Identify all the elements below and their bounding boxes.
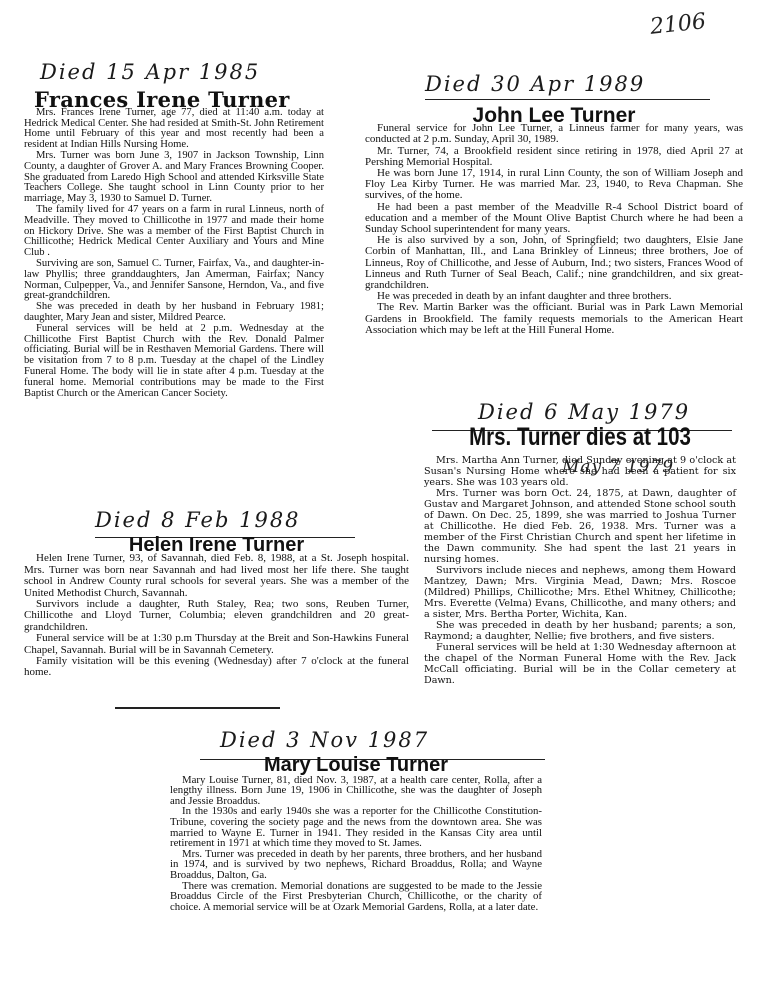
- paragraph: Funeral services will be held at 2 p.m. …: [24, 324, 324, 400]
- paragraph: The Rev. Martin Barker was the officiant…: [365, 302, 743, 336]
- divider-rule: [115, 707, 280, 709]
- headline: Mary Louise Turner: [170, 760, 542, 771]
- obituary-frances-irene-turner: Frances Irene Turner Mrs. Frances Irene …: [24, 95, 324, 399]
- paragraph: Mrs. Turner was born June 3, 1907 in Jac…: [24, 151, 324, 205]
- paragraph: Survivors include nieces and nephews, am…: [424, 565, 736, 620]
- paragraph: Surviving are son, Samuel C. Turner, Fai…: [24, 259, 324, 302]
- paragraph: He had been a past member of the Meadvil…: [365, 202, 743, 236]
- paragraph: She was preceded in death by her husband…: [24, 302, 324, 324]
- paragraph: Mrs. Turner was preceded in death by her…: [170, 849, 542, 881]
- divider-rule: [425, 99, 710, 100]
- obituary-john-lee-turner: John Lee Turner Funeral service for John…: [365, 110, 743, 336]
- paragraph: He is also survived by a son, John, of S…: [365, 235, 743, 291]
- paragraph: Funeral service for John Lee Turner, a L…: [365, 123, 743, 145]
- paragraph: Survivors include a daughter, Ruth Stale…: [24, 599, 409, 633]
- headline: John Lee Turner: [365, 110, 743, 121]
- headline: Frances Irene Turner: [24, 95, 324, 106]
- paragraph: Funeral service will be at 1:30 p.m Thur…: [24, 633, 409, 656]
- handwritten-note: May 7 1979: [562, 462, 674, 473]
- handwritten-death-date: Died 8 Feb 1988: [95, 508, 301, 532]
- obituary-mary-louise-turner: Mary Louise Turner Mary Louise Turner, 8…: [170, 760, 542, 912]
- paragraph: Mary Louise Turner, 81, died Nov. 3, 198…: [170, 775, 542, 807]
- paragraph: Mr. Turner, 74, a Brookfield resident si…: [365, 146, 743, 168]
- handwritten-death-date: Died 30 Apr 1989: [425, 72, 645, 96]
- paragraph: In the 1930s and early 1940s she was a r…: [170, 806, 542, 848]
- paragraph: The family lived for 47 years on a farm …: [24, 205, 324, 259]
- headline: Helen Irene Turner: [24, 540, 409, 551]
- paragraph: He was born June 17, 1914, in rural Linn…: [365, 168, 743, 202]
- headline: Mrs. Turner dies at 103: [452, 432, 708, 443]
- paragraph: Mrs. Turner was born Oct. 24, 1875, at D…: [424, 488, 736, 565]
- paragraph: There was cremation. Memorial donations …: [170, 881, 542, 913]
- page-number: 2106: [649, 9, 707, 40]
- paragraph: Helen Irene Turner, 93, of Savannah, die…: [24, 553, 409, 599]
- handwritten-death-date: Died 15 Apr 1985: [40, 60, 260, 84]
- obituary-martha-ann-turner: Mrs. Turner dies at 103 May 7 1979 Mrs. …: [424, 432, 736, 686]
- obituary-helen-irene-turner: Helen Irene Turner Helen Irene Turner, 9…: [24, 540, 409, 679]
- paragraph: Mrs. Frances Irene Turner, age 77, died …: [24, 108, 324, 151]
- paragraph: Funeral services will be held at 1:30 We…: [424, 642, 736, 686]
- handwritten-death-date: Died 3 Nov 1987: [220, 728, 429, 752]
- paragraph: Family visitation will be this evening (…: [24, 656, 409, 679]
- handwritten-death-date: Died 6 May 1979: [478, 400, 690, 424]
- paragraph: She was preceded in death by her husband…: [424, 620, 736, 642]
